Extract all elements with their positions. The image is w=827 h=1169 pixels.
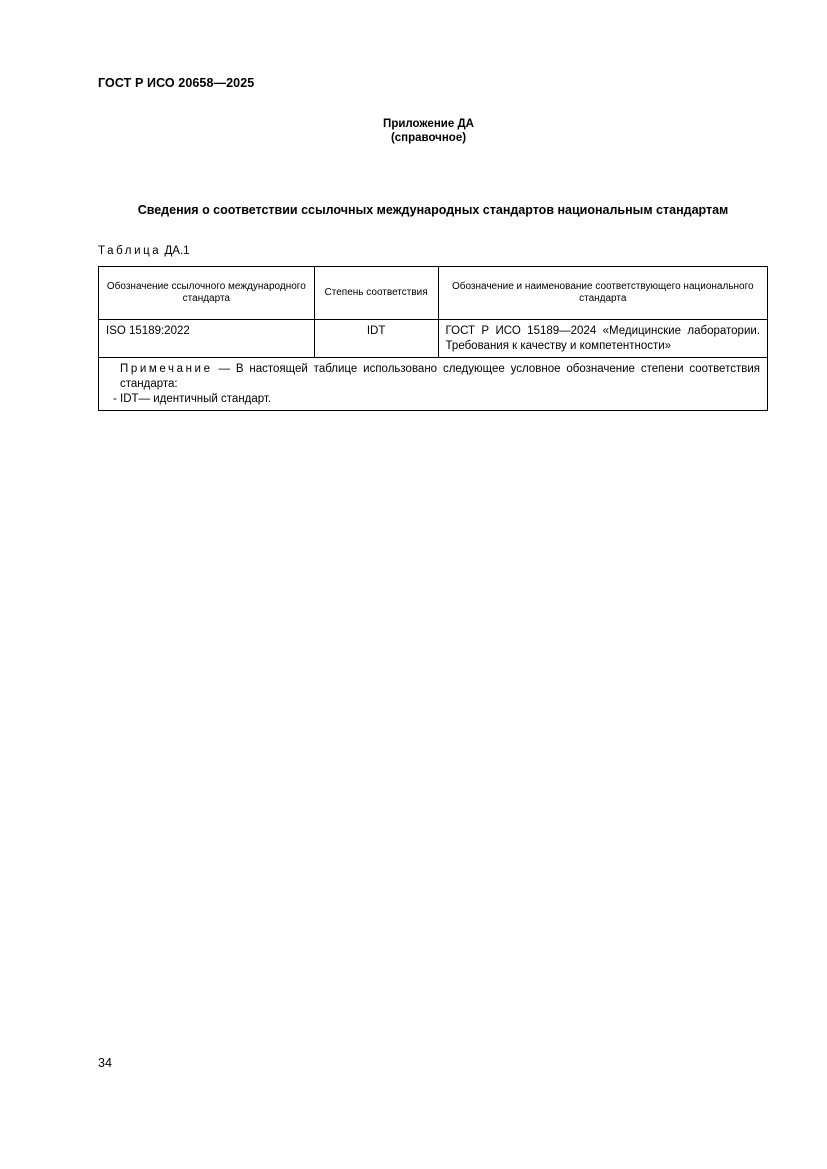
table-row: ISO 15189:2022 IDT ГОСТ Р ИСО 15189—2024… [99, 320, 768, 358]
cell-national-standard: ГОСТ Р ИСО 15189—2024 «Медицинские лабор… [438, 320, 767, 358]
annex-title: Приложение ДА [0, 117, 827, 131]
table-note-row: Примечание — В настоящей таблице использ… [99, 358, 768, 411]
note-item: - IDT— идентичный стандарт. [106, 392, 760, 407]
standard-code-header: ГОСТ Р ИСО 20658—2025 [98, 76, 254, 90]
correspondence-table: Обозначение ссылочного международного ст… [98, 266, 768, 411]
page-number: 34 [98, 1056, 112, 1070]
cell-degree: IDT [314, 320, 438, 358]
column-header-national-standard: Обозначение и наименование соответствующ… [438, 267, 767, 320]
table-caption-label: Таблица [98, 245, 161, 257]
table-caption-number: ДА.1 [165, 245, 190, 257]
note-text: — В настоящей таблице использовано следу… [120, 363, 760, 390]
table-note: Примечание — В настоящей таблице использ… [99, 358, 768, 411]
annex-heading: Приложение ДА (справочное) [0, 117, 827, 145]
cell-international-standard: ISO 15189:2022 [99, 320, 315, 358]
column-header-degree: Степень соответствия [314, 267, 438, 320]
note-label: Примечание [120, 363, 213, 375]
section-title: Сведения о соответствии ссылочных междун… [98, 203, 768, 217]
annex-subtitle: (справочное) [0, 131, 827, 145]
note-paragraph: Примечание — В настоящей таблице использ… [106, 362, 760, 392]
table-caption: Таблица ДА.1 [98, 245, 190, 257]
table-header-row: Обозначение ссылочного международного ст… [99, 267, 768, 320]
column-header-international-standard: Обозначение ссылочного международного ст… [99, 267, 315, 320]
